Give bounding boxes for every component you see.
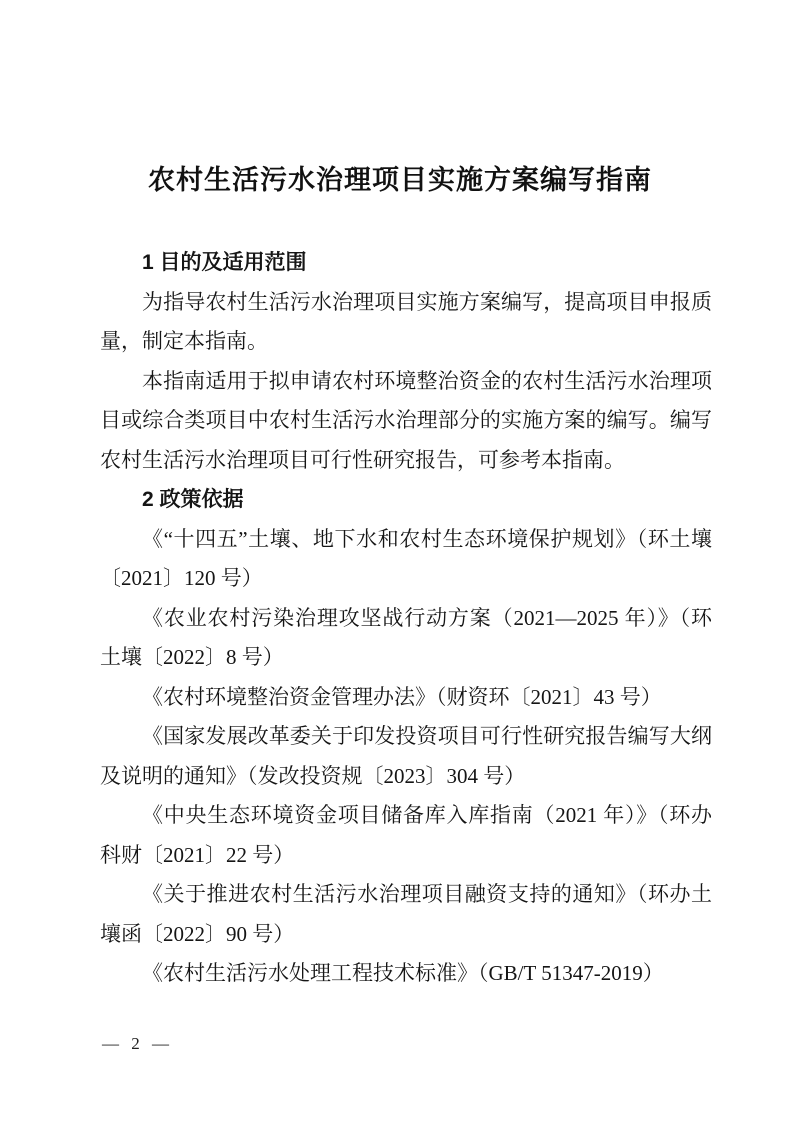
section-1-paragraph: 为指导农村生活污水治理项目实施方案编写，提高项目申报质量，制定本指南。 — [100, 283, 712, 362]
section-1-heading: 1 目的及适用范围 — [100, 243, 712, 283]
policy-item: 《农村环境整治资金管理办法》（财资环〔2021〕43 号） — [100, 678, 712, 718]
document-page: 农村生活污水治理项目实施方案编写指南 1 目的及适用范围 为指导农村生活污水治理… — [0, 0, 800, 1132]
policy-item: 《农村生活污水处理工程技术标准》（GB/T 51347-2019） — [100, 954, 712, 994]
policy-item: 《农业农村污染治理攻坚战行动方案（2021—2025 年）》（环土壤〔2022〕… — [100, 599, 712, 678]
section-1-paragraph: 本指南适用于拟申请农村环境整治资金的农村生活污水治理项目或综合类项目中农村生活污… — [100, 362, 712, 481]
policy-item: 《关于推进农村生活污水治理项目融资支持的通知》（环办土壤函〔2022〕90 号） — [100, 875, 712, 954]
policy-item: 《“十四五”土壤、地下水和农村生态环境保护规划》（环土壤〔2021〕120 号） — [100, 520, 712, 599]
page-title: 农村生活污水治理项目实施方案编写指南 — [0, 162, 800, 198]
policy-item: 《中央生态环境资金项目储备库入库指南（2021 年）》（环办科财〔2021〕22… — [100, 796, 712, 875]
policy-item: 《国家发展改革委关于印发投资项目可行性研究报告编写大纲及说明的通知》（发改投资规… — [100, 717, 712, 796]
document-body: 1 目的及适用范围 为指导农村生活污水治理项目实施方案编写，提高项目申报质量，制… — [100, 243, 712, 994]
page-number: — 2 — — [102, 1034, 171, 1054]
section-2-heading: 2 政策依据 — [100, 480, 712, 520]
